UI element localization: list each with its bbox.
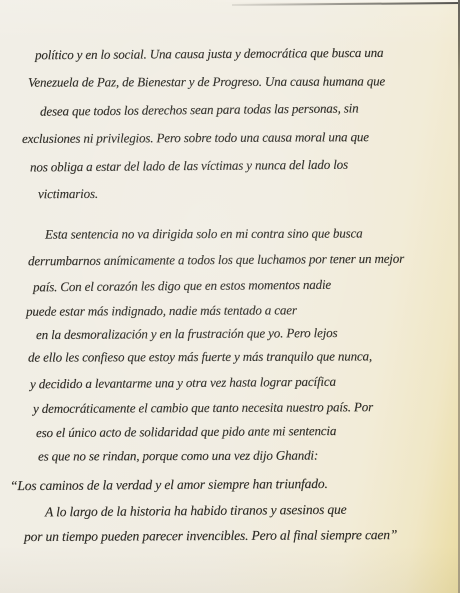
letter-photo: político y en lo social. Una causa justa… bbox=[0, 0, 460, 593]
handwritten-line: y democráticamente el cambio que tanto n… bbox=[33, 399, 373, 417]
handwritten-line: puede estar más indignado, nadie más ten… bbox=[26, 302, 297, 319]
handwritten-line: eso el único acto de solidaridad que pid… bbox=[36, 423, 336, 441]
handwritten-line-quote: “Los caminos de la verdad y el amor siem… bbox=[10, 476, 328, 494]
handwritten-line: país. Con el corazón les digo que en est… bbox=[33, 277, 331, 296]
handwritten-line: en la desmoralización y en la frustració… bbox=[36, 325, 337, 343]
handwritten-line-quote: A lo largo de la historia ha habido tira… bbox=[45, 502, 347, 521]
handwritten-line: y decidido a levantarme una y otra vez h… bbox=[30, 374, 336, 393]
handwritten-line: nos obliga a estar del lado de las vícti… bbox=[30, 157, 348, 176]
handwritten-line: derrumbarnos anímicamente a todos los qu… bbox=[28, 251, 404, 270]
handwritten-line: desea que todos los derechos sean para t… bbox=[40, 100, 359, 119]
handwritten-line: de ello les confieso que estoy más fuert… bbox=[28, 348, 372, 365]
handwritten-line: Venezuela de Paz, de Bienestar y de Prog… bbox=[28, 73, 385, 90]
handwritten-line: exclusiones ni privilegios. Pero sobre t… bbox=[22, 129, 369, 147]
handwritten-line: político y en lo social. Una causa justa… bbox=[35, 45, 383, 63]
handwritten-line: victimarios. bbox=[38, 186, 98, 202]
handwritten-line: es que no se rindan, porque como una vez… bbox=[38, 448, 318, 465]
page-top-edge bbox=[232, 2, 460, 6]
handwritten-line: Esta sentencia no va dirigida solo en mi… bbox=[45, 225, 363, 242]
handwritten-line-quote: por un tiempo pueden parecer invencibles… bbox=[24, 527, 397, 545]
